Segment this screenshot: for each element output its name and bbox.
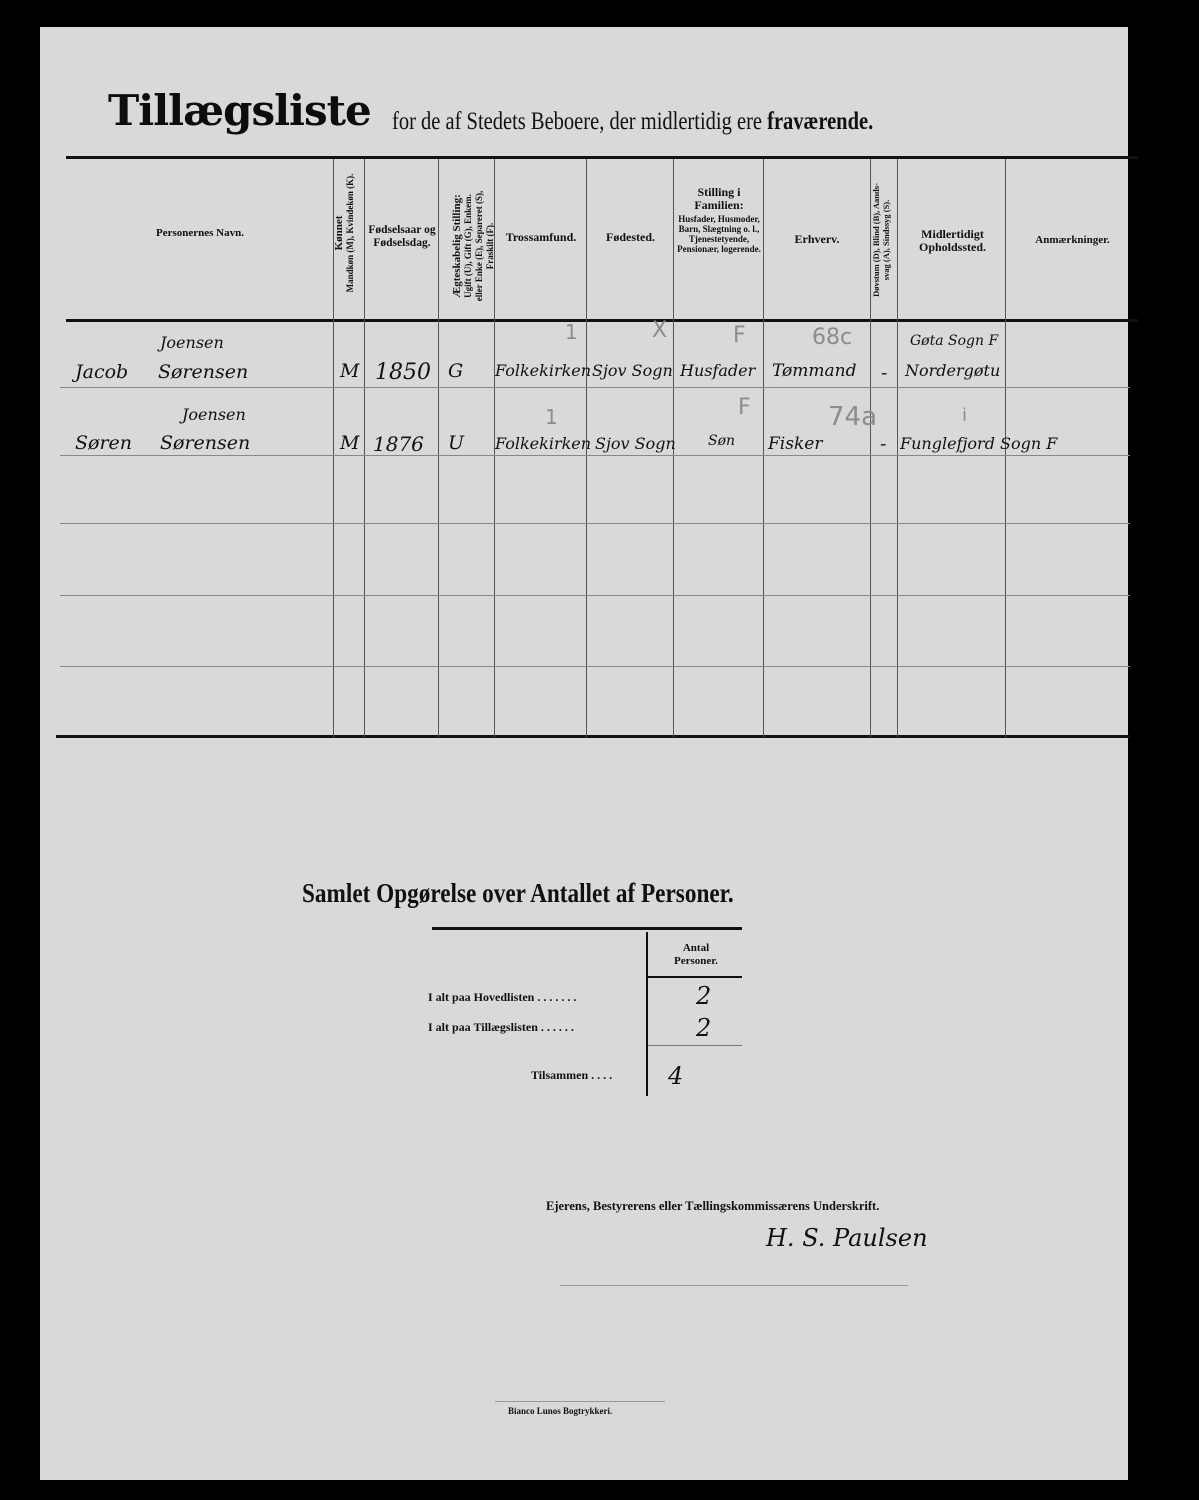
subtitle-text: for de af Stedets Beboere, der midlertid… xyxy=(392,108,767,135)
row1-birthplace-mark: X xyxy=(652,318,667,343)
table-header-bottom-rule xyxy=(66,319,1138,322)
row1-temp-residence-2: Nordergøtu xyxy=(905,361,1000,380)
summary-value-tillaegslisten: 2 xyxy=(696,1014,711,1042)
summary-col-header-1: Antal xyxy=(650,942,742,955)
summary-col-header: Antal Personer. xyxy=(650,942,742,968)
summary-title: Samlet Opgørelse over Antallet af Person… xyxy=(302,878,734,909)
header-birth-text: Fødselsaar og Fødselsdag. xyxy=(368,224,435,249)
header-birthplace: Fødested. xyxy=(588,231,673,244)
table-top-rule xyxy=(66,156,1138,159)
col-divider xyxy=(438,159,439,737)
summary-label-tillaegslisten: I alt paa Tillægslisten . . . . . . xyxy=(428,1020,574,1035)
row2-sex: M xyxy=(340,432,359,454)
header-birth: Fødselsaar og Fødselsdag. xyxy=(368,224,436,250)
row-divider xyxy=(60,387,1130,388)
header-occupation: Erhverv. xyxy=(765,233,869,246)
col-divider xyxy=(364,159,365,737)
header-religion: Trossamfund. xyxy=(496,231,586,244)
header-marital-main: Ægteskabelig Stilling: xyxy=(452,166,463,326)
row2-disability: - xyxy=(880,433,886,455)
row2-family-mark: F xyxy=(738,395,751,420)
row2-birth: 1876 xyxy=(373,432,424,456)
form-subtitle: for de af Stedets Beboere, der midlertid… xyxy=(392,108,873,136)
table-bottom-rule xyxy=(56,735,1130,738)
row2-marital: U xyxy=(448,432,464,454)
row1-family-position: Husfader xyxy=(680,361,755,380)
header-sex-sub: Mandkøn (M), Kvindekøn (K). xyxy=(345,163,356,303)
summary-label-tilsammen: Tilsammen . . . . xyxy=(531,1068,612,1083)
summary-subtotal-rule xyxy=(648,1045,742,1046)
header-sex: Kønnet Mandkøn (M), Kvindekøn (K). xyxy=(334,163,360,303)
row1-occupation: Tømmand xyxy=(772,361,856,381)
summary-vertical-rule xyxy=(646,932,648,1096)
summary-header-rule xyxy=(648,976,742,978)
row1-occupation-code: 68c xyxy=(812,325,852,350)
signature-line xyxy=(560,1285,908,1286)
form-title: Tillægsliste xyxy=(108,86,371,135)
header-marital-sub2: eller Enke (E), Separeret (S), xyxy=(474,166,485,326)
row-divider xyxy=(60,666,1130,667)
row-divider xyxy=(60,595,1130,596)
row1-birthplace: Sjov Sogn xyxy=(592,361,673,380)
printer-imprint: Bianco Lunos Bogtrykkeri. xyxy=(508,1406,612,1416)
signature-label: Ejerens, Bestyrerens eller Tællingskommi… xyxy=(546,1199,879,1214)
row1-name-first: Jacob xyxy=(75,361,128,383)
header-family-sub: Husfader, Husmoder, Barn, Slægtning o. l… xyxy=(676,214,762,254)
printer-rule xyxy=(495,1401,665,1402)
signature-value: H. S. Paulsen xyxy=(766,1224,928,1252)
summary-top-rule xyxy=(432,927,742,930)
row2-religion: Folkekirken xyxy=(495,434,591,453)
header-marital-sub3: Fraskilt (F). xyxy=(485,166,496,326)
summary-label-hovedlisten: I alt paa Hovedlisten . . . . . . . xyxy=(428,990,576,1005)
row1-sex: M xyxy=(340,360,359,382)
header-remarks: Anmærkninger. xyxy=(1015,234,1130,247)
row2-name-overwrite: Joensen xyxy=(182,405,246,424)
subtitle-bold-text: fraværende. xyxy=(767,108,873,135)
header-temp-residence: Midlertidigt Opholdssted. xyxy=(910,228,995,254)
row2-temp-residence: Funglefjord Sogn F xyxy=(900,434,1057,453)
row2-occupation: Fisker xyxy=(768,434,822,454)
row-divider xyxy=(60,523,1130,524)
row1-religion: Folkekirken xyxy=(495,361,591,380)
col-divider xyxy=(897,159,898,737)
row2-birthplace: Sjov Sogn xyxy=(595,434,676,453)
row1-name-last: Sørensen xyxy=(158,361,248,383)
row-divider xyxy=(60,455,1130,456)
header-sex-main: Kønnet xyxy=(334,163,345,303)
header-name: Personernes Navn. xyxy=(120,227,280,240)
row2-name-first: Søren xyxy=(75,432,132,454)
row1-birth: 1850 xyxy=(375,360,431,385)
row2-religion-mark: 1 xyxy=(545,405,558,429)
header-disability-line1: Døvstum (D), Blind (B), Aands- xyxy=(871,180,881,300)
header-marital-sub1: Ugift (U), Gift (G), Enkem. xyxy=(463,166,474,326)
row1-family-mark: F xyxy=(733,323,746,348)
col-divider xyxy=(763,159,764,737)
header-family-main: Stilling i Familien: xyxy=(676,186,762,212)
summary-value-hovedlisten: 2 xyxy=(696,982,711,1010)
row1-name-overwrite: Joensen xyxy=(160,333,224,352)
header-marital: Ægteskabelig Stilling: Ugift (U), Gift (… xyxy=(452,166,500,326)
header-disability-line2: svag (A), Sindssyg (S). xyxy=(881,180,891,300)
row1-marital: G xyxy=(448,360,463,382)
summary-value-tilsammen: 4 xyxy=(668,1062,683,1090)
summary-col-header-2: Personer. xyxy=(650,955,742,968)
row2-family-position: Søn xyxy=(708,433,735,449)
row2-occupation-code: 74a xyxy=(828,402,877,432)
header-family-position: Stilling i Familien: Husfader, Husmoder,… xyxy=(676,186,762,254)
row2-name-last: Sørensen xyxy=(160,432,250,454)
row1-temp-residence-1: Gøta Sogn F xyxy=(910,333,998,349)
row2-temp-residence-mark: i xyxy=(962,405,967,426)
header-disability: Døvstum (D), Blind (B), Aands- svag (A),… xyxy=(871,180,895,300)
row1-disability: - xyxy=(881,362,887,384)
row1-religion-mark: 1 xyxy=(565,320,578,344)
